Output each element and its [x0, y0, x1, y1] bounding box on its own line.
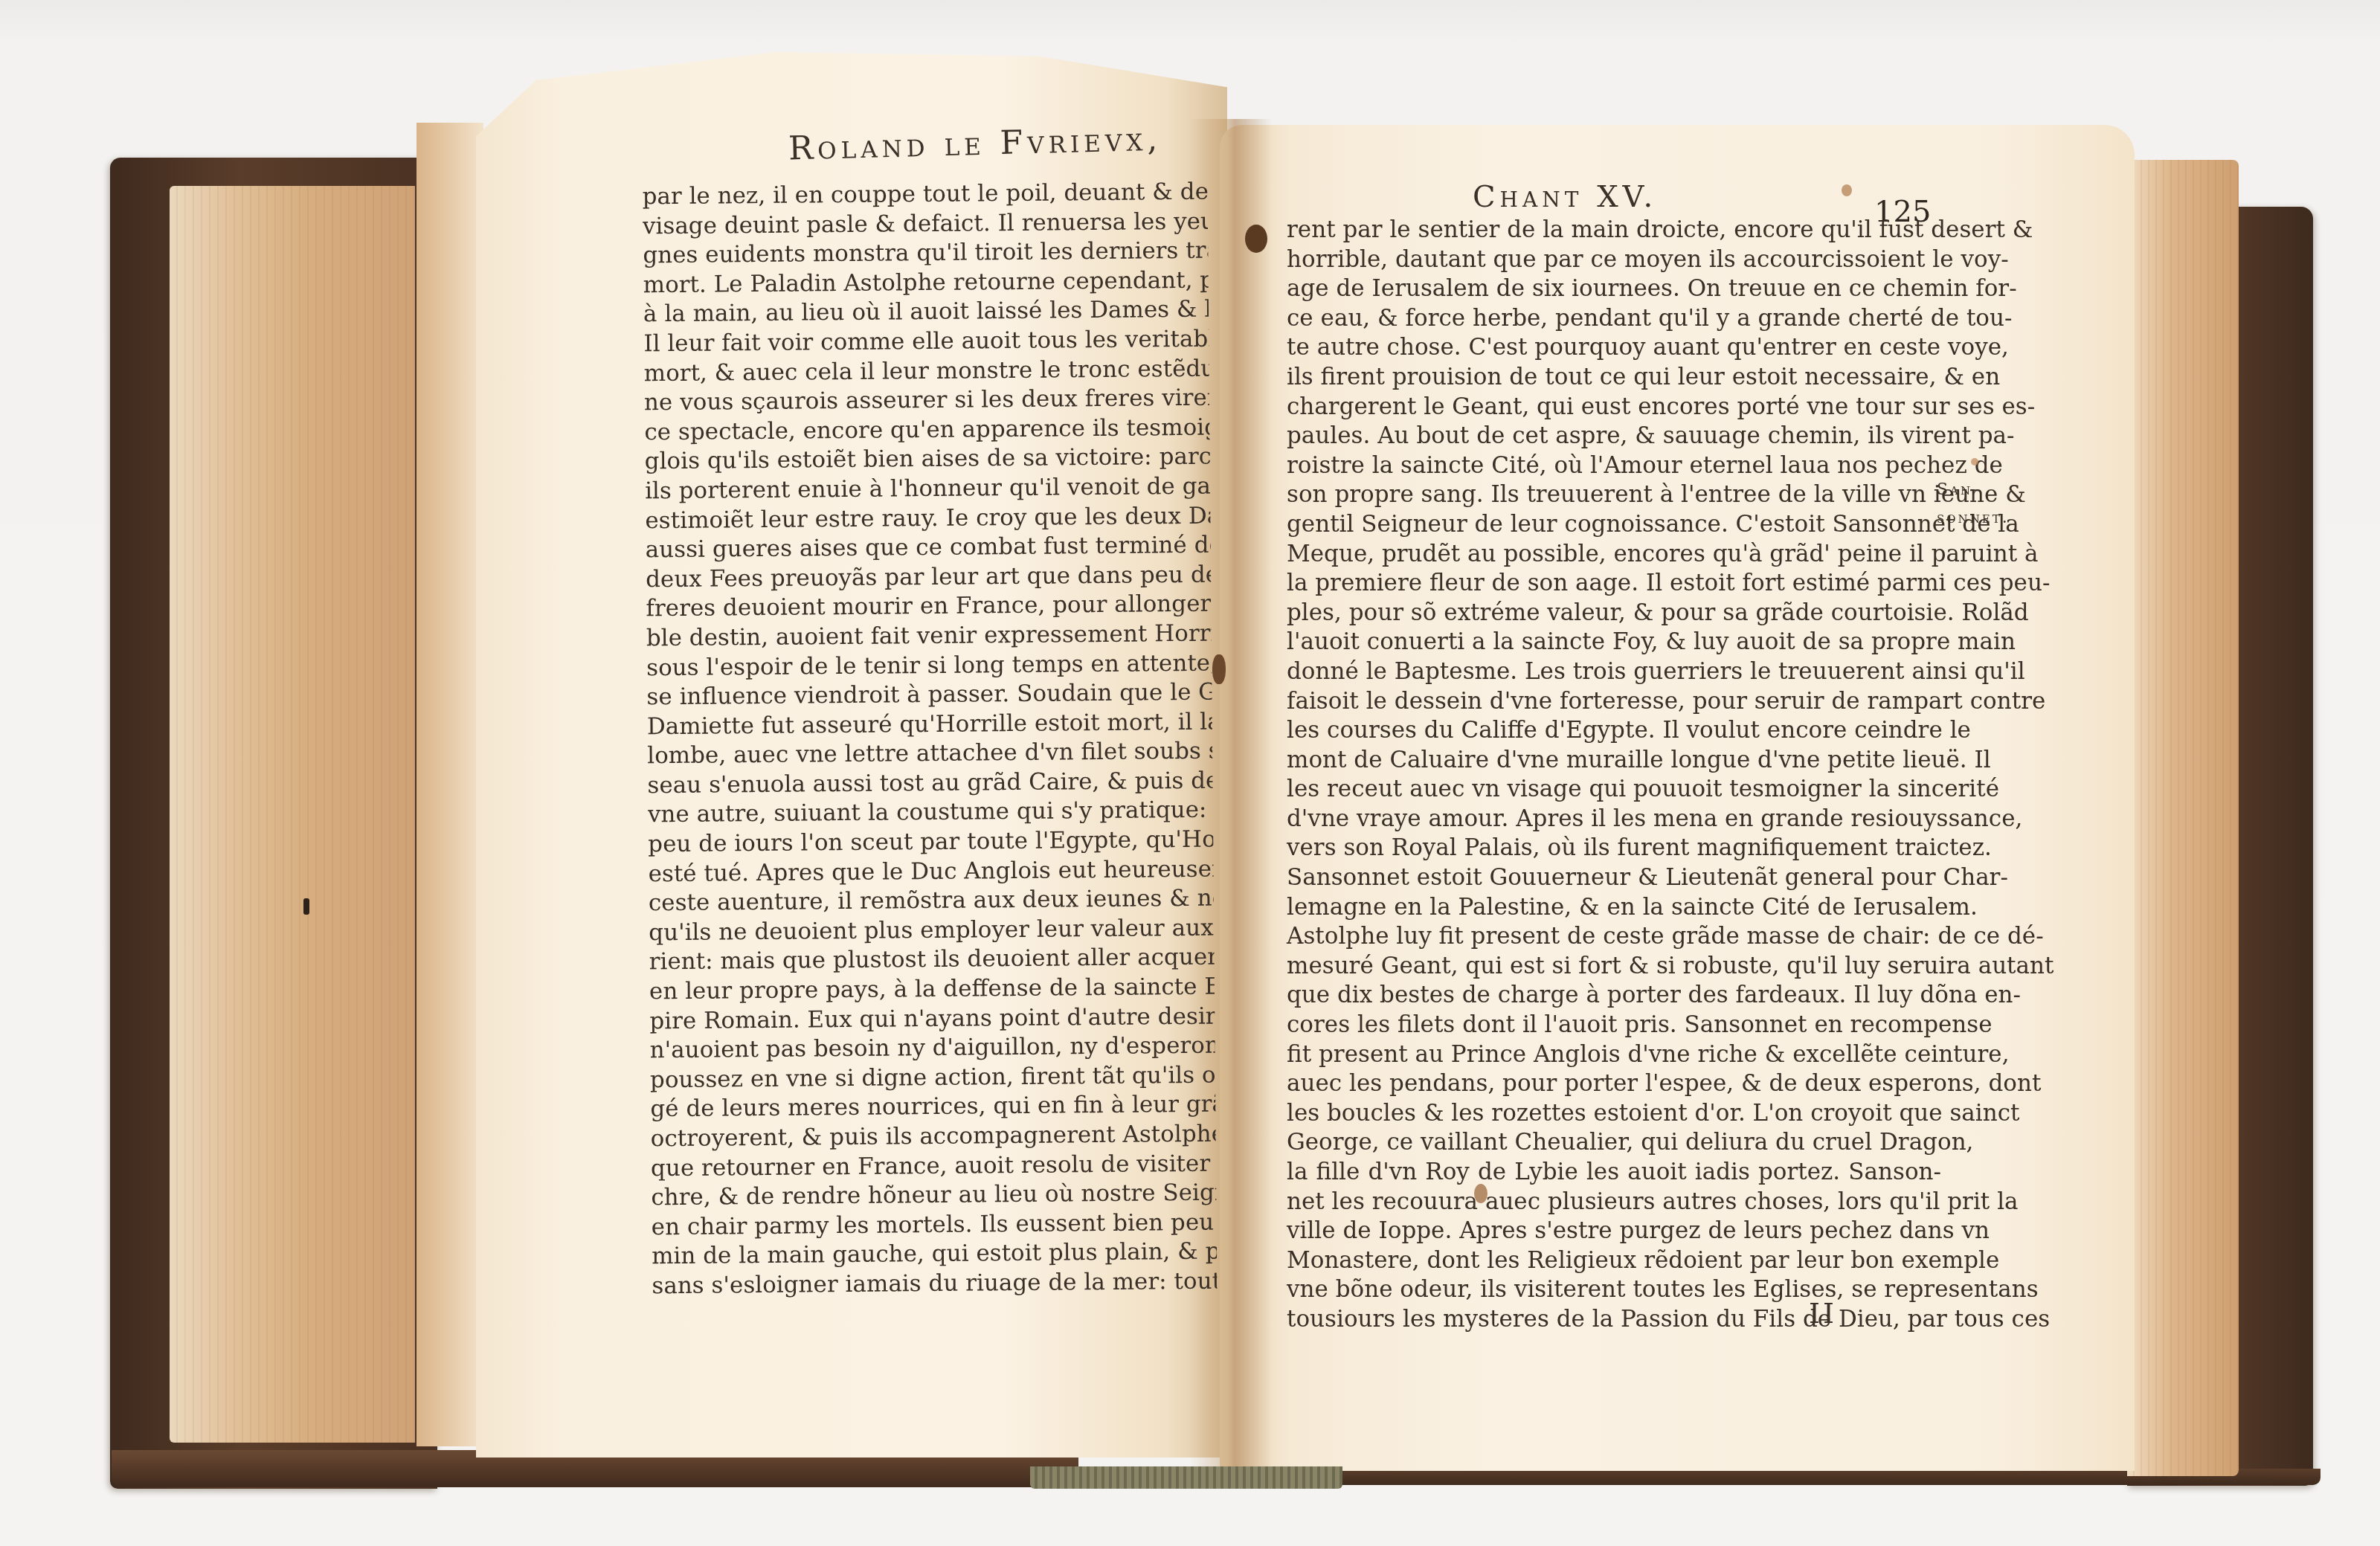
text-line: mont de Caluaire d'vne muraille longue d…	[1287, 746, 1941, 776]
text-line: lombe, auec vne lettre attachee d'vn fil…	[647, 737, 1212, 771]
text-line: Sansonnet estoit Gouuerneur & Lieutenãt …	[1287, 863, 1941, 893]
text-line: qu'ils ne deuoient plus employer leur va…	[649, 914, 1214, 948]
text-line: rient: mais que plustost ils deuoient al…	[649, 943, 1214, 977]
text-line: Il leur fait voir comme elle auoit tous …	[643, 325, 1209, 359]
right-running-head: Chant XV.	[1473, 180, 1657, 214]
text-line: George, ce vaillant Cheualier, qui deliu…	[1287, 1128, 1941, 1158]
text-line: ils firent prouision de tout ce qui leur…	[1287, 363, 1941, 393]
text-line: visage deuint pasle & defaict. Il renuer…	[643, 207, 1208, 241]
spine-headband	[1030, 1466, 1342, 1489]
text-line: gnes euidents monstra qu'il tiroit les d…	[643, 236, 1208, 271]
foxing-stain	[1842, 184, 1852, 196]
edge-mark	[303, 898, 309, 915]
text-line: se influence viendroit à passer. Soudain…	[646, 678, 1212, 712]
text-line: mesuré Geant, qui est si fort & si robus…	[1287, 952, 1941, 982]
text-line: age de Ierusalem de six iournees. On tre…	[1287, 274, 1941, 304]
text-line: chargerent le Geant, qui eust encores po…	[1287, 393, 1941, 422]
text-line: faisoit le dessein d'vne forteresse, pou…	[1287, 687, 1941, 717]
text-line: Damiette fut asseuré qu'Horrille estoit …	[647, 707, 1212, 741]
text-line: Monastere, dont les Religieux rẽdoient p…	[1287, 1246, 1941, 1276]
text-line: glois qu'ils estoiẽt bien aises de sa vi…	[645, 442, 1210, 477]
text-line: les boucles & les rozettes estoient d'or…	[1287, 1099, 1941, 1129]
text-line: deux Fees preuoyãs par leur art que dans…	[646, 560, 1211, 594]
text-line: gé de leurs meres nourrices, qui en fin …	[650, 1090, 1215, 1124]
text-line: ce spectacle, encore qu'en apparence ils…	[644, 413, 1209, 447]
text-line: vers son Royal Palais, où ils furent mag…	[1287, 834, 1941, 863]
worm-hole-mark	[1245, 225, 1267, 253]
text-line: freres deuoient mourir en France, pour a…	[646, 590, 1211, 624]
page-stack-left	[416, 123, 483, 1446]
text-line: ples, pour sõ extréme valeur, & pour sa …	[1287, 599, 1941, 628]
text-line: par le nez, il en couppe tout le poil, d…	[642, 178, 1207, 212]
text-line: octroyerent, & puis ils accompagnerent A…	[651, 1120, 1216, 1154]
text-line: ceste auenture, il remõstra aux deux ieu…	[649, 884, 1214, 918]
text-line: donné le Baptesme. Les trois guerriers l…	[1287, 657, 1941, 687]
text-line: ble destin, auoient fait venir expressem…	[646, 619, 1212, 654]
text-line: ville de Ioppe. Apres s'estre purgez de …	[1287, 1217, 1941, 1246]
page-block-fore-edge-right	[2127, 160, 2239, 1476]
text-line: vne bõne odeur, ils visiterent toutes le…	[1287, 1275, 1941, 1305]
text-line: horrible, dautant que par ce moyen ils a…	[1287, 245, 1941, 275]
text-line: ne vous sçaurois asseurer si les deux fr…	[644, 384, 1209, 418]
text-line: paules. Au bout de cet aspre, & sauuage …	[1287, 422, 1941, 451]
text-line: son propre sang. Ils treuuerent à l'entr…	[1287, 480, 1941, 510]
text-line: esté tué. Apres que le Duc Anglois eut h…	[648, 854, 1213, 889]
text-line: chre, & de rendre hõneur au lieu où nost…	[651, 1179, 1216, 1213]
text-line: net les recouura auec plusieurs autres c…	[1287, 1188, 1941, 1217]
text-line: que retourner en France, auoit resolu de…	[651, 1149, 1216, 1183]
text-line: l'auoit conuerti a la saincte Foy, & luy…	[1287, 628, 1941, 657]
margin-note-line: sonnet.	[1937, 504, 2010, 532]
text-line: pire Romain. Eux qui n'ayans point d'aut…	[649, 1002, 1215, 1036]
text-line: min de la main gauche, qui estoit plus p…	[652, 1237, 1217, 1272]
text-line: fit present au Prince Anglois d'vne rich…	[1287, 1040, 1941, 1070]
text-line: les courses du Califfe d'Egypte. Il voul…	[1287, 716, 1941, 746]
text-line: mort, & auec cela il leur monstre le tro…	[644, 354, 1209, 388]
text-line: la premiere fleur de son aage. Il estoit…	[1287, 569, 1941, 599]
text-line: rent par le sentier de la main droicte, …	[1287, 216, 1941, 245]
text-line: en chair parmy les mortels. Ils eussent …	[652, 1208, 1217, 1242]
text-line: seau s'enuola aussi tost au grãd Caire, …	[647, 767, 1212, 801]
right-page-text: rent par le sentier de la main droicte, …	[1287, 216, 1941, 1335]
text-line: lemagne en la Palestine, & en la saincte…	[1287, 893, 1941, 923]
text-line: mort. Le Paladin Astolphe retourne cepen…	[643, 265, 1208, 300]
text-line: vne autre, suiuant la coustume qui s'y p…	[648, 796, 1213, 830]
text-line: te autre chose. C'est pourquoy auant qu'…	[1287, 333, 1941, 363]
text-line: sous l'espoir de le tenir si long temps …	[646, 648, 1212, 683]
text-line: Meque, prudẽt au possible, encores qu'à …	[1287, 540, 1941, 570]
text-line: que dix bestes de charge à porter des fa…	[1287, 981, 1941, 1011]
foxing-stain	[1474, 1184, 1487, 1203]
signature-mark: II	[1809, 1297, 1837, 1330]
text-line: aussi gueres aises que ce combat fust te…	[646, 531, 1211, 565]
left-page-text: par le nez, il en couppe tout le poil, d…	[642, 178, 1217, 1301]
text-line: ils porterent enuie à l'honneur qu'il ve…	[645, 472, 1210, 506]
text-line: roistre la saincte Cité, où l'Amour eter…	[1287, 451, 1941, 481]
text-line: estimoiẽt leur estre rauy. Ie croy que l…	[645, 501, 1210, 535]
text-line: tousiours les mysteres de la Passion du …	[1287, 1305, 1941, 1335]
text-line: n'auoient pas besoin ny d'aiguillon, ny …	[649, 1031, 1215, 1066]
text-line: gentil Seigneur de leur cognoissance. C'…	[1287, 510, 1941, 540]
text-line: Astolphe luy fit present de ceste grãde …	[1287, 922, 1941, 952]
text-line: ce eau, & force herbe, pendant qu'il y a…	[1287, 304, 1941, 334]
text-line: la fille d'vn Roy de Lybie les auoit iad…	[1287, 1158, 1941, 1188]
text-line: à la main, au lieu où il auoit laissé le…	[643, 295, 1209, 329]
text-line: peu de iours l'on sceut par toute l'Egyp…	[648, 825, 1213, 860]
foxing-stain	[1971, 458, 1978, 466]
text-line: sans s'esloigner iamais du riuage de la …	[652, 1267, 1217, 1301]
text-line: d'vne vraye amour. Apres il les mena en …	[1287, 805, 1941, 834]
margin-note: San- sonnet.	[1937, 476, 2010, 532]
text-line: les receut auec vn visage qui pouuoit te…	[1287, 775, 1941, 805]
margin-note-line: San-	[1937, 476, 2010, 504]
text-line: auec les pendans, pour porter l'espee, &…	[1287, 1069, 1941, 1099]
worm-hole-mark	[1212, 654, 1226, 684]
page-block-fore-edge-left	[170, 186, 415, 1443]
text-line: cores les filets dont il l'auoit pris. S…	[1287, 1011, 1941, 1040]
text-line: poussez en vne si digne action, firent t…	[650, 1060, 1215, 1095]
text-line: en leur propre pays, à la deffense de la…	[649, 973, 1215, 1007]
